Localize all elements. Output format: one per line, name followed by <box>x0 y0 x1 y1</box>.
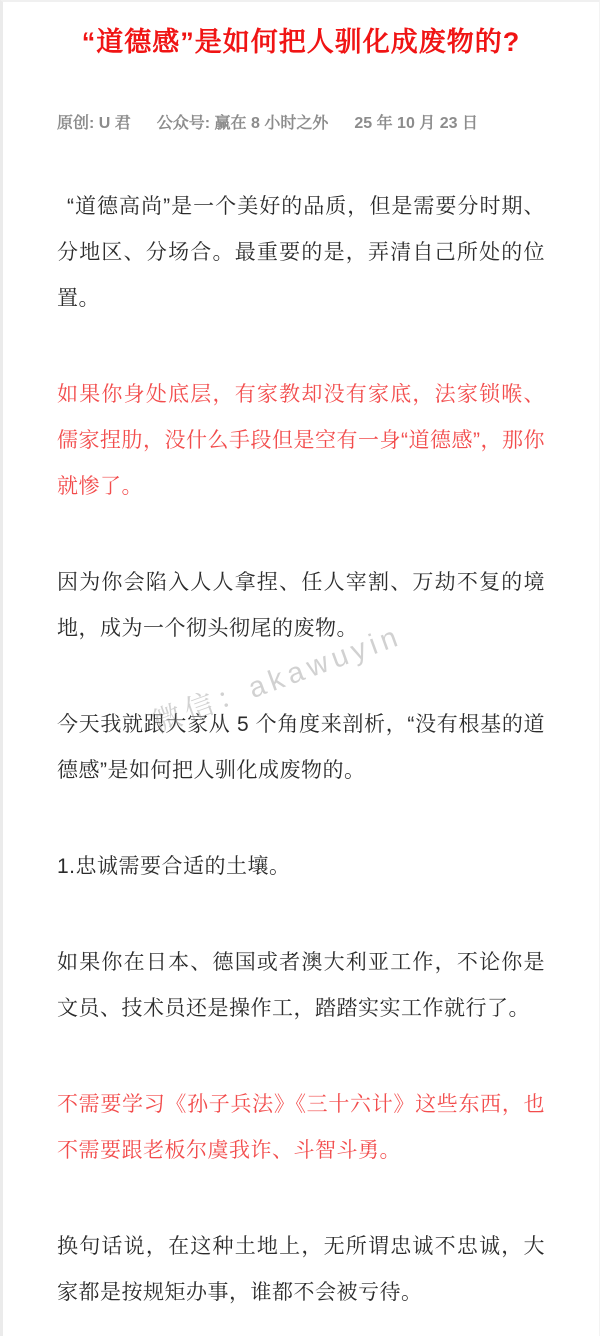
meta-date: 25 年 10 月 23 日 <box>354 114 478 134</box>
section-heading: 1.忠诚需要合适的土壤。 <box>57 844 545 890</box>
paragraph: 如果你在日本、德国或者澳大利亚工作，不论你是文员、技术员还是操作工，踏踏实实工作… <box>57 940 545 1032</box>
article-page: “道德感”是如何把人驯化成废物的? 原创: U 君 公众号: 赢在 8 小时之外… <box>0 0 600 1336</box>
paragraph: 换句话说，在这种土地上，无所谓忠诚不忠诚，大家都是按规矩办事，谁都不会被亏待。 <box>57 1224 545 1316</box>
paragraph-red: 不需要学习《孙子兵法》《三十六计》这些东西，也不需要跟老板尔虞我诈、斗智斗勇。 <box>57 1082 545 1174</box>
paragraph: “道德高尚”是一个美好的品质，但是需要分时期、分地区、分场合。最重要的是，弄清自… <box>57 184 545 322</box>
article-body: “道德高尚”是一个美好的品质，但是需要分时期、分地区、分场合。最重要的是，弄清自… <box>57 184 545 1316</box>
meta-author: 原创: U 君 <box>57 114 131 134</box>
paragraph-red: 如果你身处底层，有家教却没有家底，法家锁喉、儒家捏肋，没什么手段但是空有一身“道… <box>57 372 545 510</box>
paragraph: 今天我就跟大家从 5 个角度来剖析，“没有根基的道德感”是如何把人驯化成废物的。 <box>57 702 545 794</box>
paragraph: 因为你会陷入人人拿捏、任人宰割、万劫不复的境地，成为一个彻头彻尾的废物。 <box>57 560 545 652</box>
meta-account: 公众号: 赢在 8 小时之外 <box>157 114 329 134</box>
article-meta: 原创: U 君 公众号: 赢在 8 小时之外 25 年 10 月 23 日 <box>57 114 545 134</box>
article-title: “道德感”是如何把人驯化成废物的? <box>57 24 545 60</box>
